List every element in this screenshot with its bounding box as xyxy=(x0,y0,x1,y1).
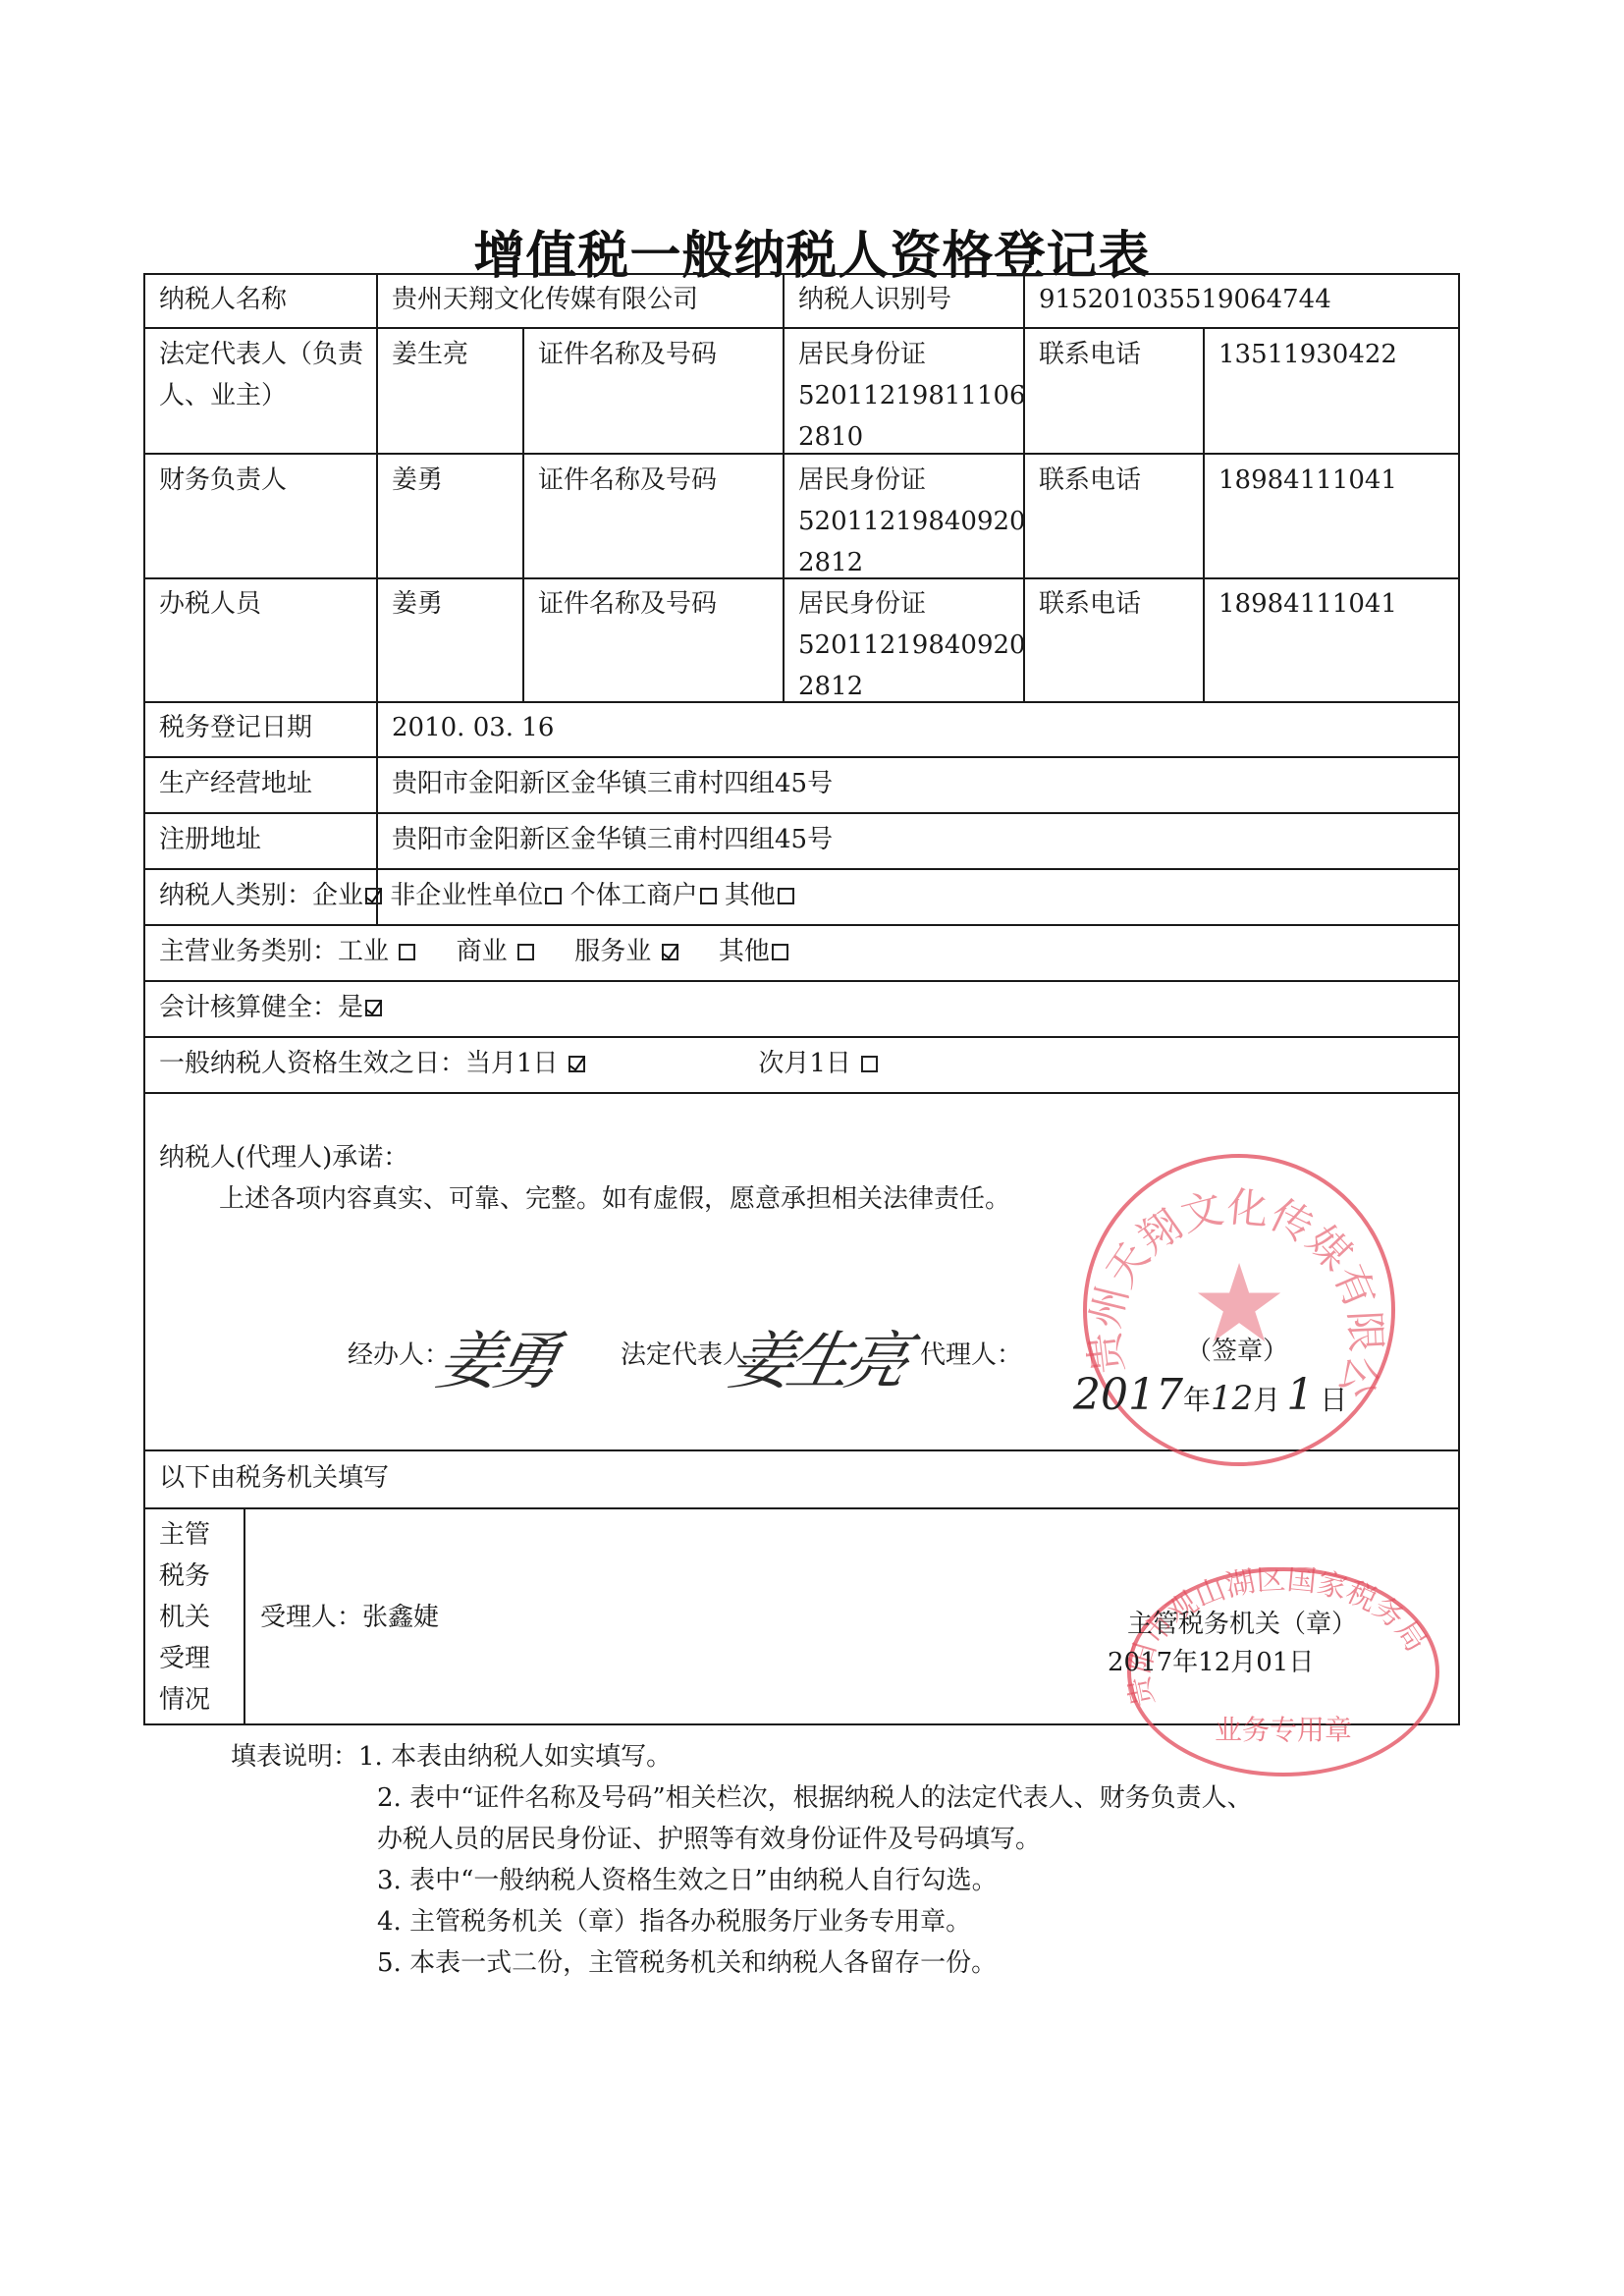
business-address-label: 生产经营地址 xyxy=(159,763,312,804)
accounting-row: 会计核算健全：是 xyxy=(159,987,382,1028)
instructions: 填表说明：1. 本表由纳税人如实填写。 2. 表中“证件名称及号码”相关栏次，根… xyxy=(231,1736,1253,1984)
business-type-label: 主营业务类别： xyxy=(159,937,338,966)
row-divider xyxy=(145,327,1458,329)
option-label: 其他 xyxy=(725,881,776,910)
legal-rep-name: 姜生亮 xyxy=(392,334,468,375)
legal-rep-doc-number: 52011219811106 xyxy=(798,375,1026,416)
col-divider xyxy=(376,275,378,924)
instruction-item: 4. 主管税务机关（章）指各办税服务厅业务专用章。 xyxy=(231,1901,1253,1942)
taxpayer-id-value: 915201035519064744 xyxy=(1039,279,1331,320)
checkbox-enterprise[interactable] xyxy=(365,888,382,904)
row-divider xyxy=(145,1036,1458,1038)
finance-head-doc-type: 居民身份证 xyxy=(798,460,926,501)
handwritten-month: 12 xyxy=(1211,1379,1253,1418)
registered-address-value: 贵阳市金阳新区金华镇三甫村四组45号 xyxy=(392,819,833,860)
col-divider xyxy=(244,1507,245,1725)
receiver-label: 受理人： xyxy=(260,1603,362,1632)
accounting-label: 会计核算健全： xyxy=(159,993,338,1022)
commitment-text: 上述各项内容真实、可靠、完整。如有虚假，愿意承担相关法律责任。 xyxy=(219,1178,1010,1220)
year-char: 年 xyxy=(1183,1384,1211,1416)
handwritten-date: 2017年12月1日 xyxy=(1073,1370,1347,1429)
instruction-item: 3. 表中“一般纳税人资格生效之日”由纳税人自行勾选。 xyxy=(231,1860,1253,1901)
option-label: 其他 xyxy=(719,937,770,966)
tax-office-date: 2017年12月01日 xyxy=(1108,1642,1314,1683)
finance-head-doc-number: 52011219840920 xyxy=(798,501,1026,542)
taxpayer-type-label: 纳税人类别： xyxy=(159,881,312,910)
col-divider xyxy=(1203,327,1205,701)
side-label-line: 主管 xyxy=(159,1514,238,1556)
side-label-line: 受理 xyxy=(159,1638,238,1679)
finance-head-doc-label: 证件名称及号码 xyxy=(538,460,717,501)
handler-signature: 姜勇 xyxy=(430,1311,564,1401)
day-char: 日 xyxy=(1320,1384,1347,1416)
instruction-item: 5. 本表一式二份，主管税务机关和纳税人各留存一份。 xyxy=(231,1942,1253,1984)
receiver-row: 受理人：张鑫婕 xyxy=(260,1597,439,1638)
instruction-item: 办税人员的居民身份证、护照等有效身份证件及号码填写。 xyxy=(231,1819,1253,1860)
instructions-label: 填表说明： xyxy=(231,1742,358,1772)
checkbox-other-business[interactable] xyxy=(772,944,788,960)
row-divider xyxy=(145,924,1458,926)
taxpayer-name-label: 纳税人名称 xyxy=(159,279,287,320)
tax-office-header: 以下由税务机关填写 xyxy=(159,1457,389,1499)
reg-date-value: 2010. 03. 16 xyxy=(392,707,554,748)
handwritten-year: 2017 xyxy=(1073,1370,1183,1420)
checkbox-non-enterprise[interactable] xyxy=(545,888,562,904)
checkbox-next-month[interactable] xyxy=(861,1056,878,1072)
option-label: 次月1日 xyxy=(758,1049,851,1078)
receiver-name: 张鑫婕 xyxy=(362,1603,439,1632)
checkbox-individual-business[interactable] xyxy=(700,888,717,904)
business-type-row: 主营业务类别：工业 商业 服务业 其他 xyxy=(159,931,788,972)
taxpayer-id-label: 纳税人识别号 xyxy=(798,279,951,320)
tax-officer-phone-label: 联系电话 xyxy=(1039,583,1141,625)
tax-office-side-label: 主管 税务 机关 受理 情况 xyxy=(159,1514,238,1721)
registration-form: 纳税人名称 贵州天翔文化传媒有限公司 纳税人识别号 91520103551906… xyxy=(143,273,1460,1725)
tax-officer-doc-label: 证件名称及号码 xyxy=(538,583,717,625)
legal-rep-phone: 13511930422 xyxy=(1218,334,1397,375)
legal-rep-signature: 姜生亮 xyxy=(723,1311,913,1401)
agent-label: 代理人： xyxy=(920,1335,1022,1376)
handwritten-day: 1 xyxy=(1286,1370,1314,1420)
finance-head-phone: 18984111041 xyxy=(1218,460,1397,501)
effective-date-label: 一般纳税人资格生效之日： xyxy=(159,1049,465,1078)
option-label: 工业 xyxy=(338,937,389,966)
option-label: 企业 xyxy=(312,881,363,910)
side-label-line: 机关 xyxy=(159,1597,238,1638)
option-label: 服务业 xyxy=(574,937,651,966)
tax-officer-phone: 18984111041 xyxy=(1218,583,1397,625)
finance-head-role: 财务负责人 xyxy=(159,460,287,501)
side-label-line: 税务 xyxy=(159,1556,238,1597)
legal-rep-doc-number-cont: 2810 xyxy=(798,416,863,458)
instruction-item: 1. 本表由纳税人如实填写。 xyxy=(358,1742,672,1772)
option-label: 个体工商户 xyxy=(570,881,698,910)
reg-date-label: 税务登记日期 xyxy=(159,707,312,748)
checkbox-industry[interactable] xyxy=(399,944,415,960)
checkbox-other-type[interactable] xyxy=(778,888,794,904)
taxpayer-name-value: 贵州天翔文化传媒有限公司 xyxy=(392,279,698,320)
tax-officer-doc-number-cont: 2812 xyxy=(798,666,863,707)
legal-rep-doc-label: 证件名称及号码 xyxy=(538,334,717,375)
instruction-line: 填表说明：1. 本表由纳税人如实填写。 xyxy=(231,1736,1253,1777)
finance-head-phone-label: 联系电话 xyxy=(1039,460,1141,501)
tax-officer-doc-type: 居民身份证 xyxy=(798,583,926,625)
tax-officer-role: 办税人员 xyxy=(159,583,261,625)
registered-address-label: 注册地址 xyxy=(159,819,261,860)
checkbox-services[interactable] xyxy=(662,944,678,960)
option-label: 非企业性单位 xyxy=(390,881,543,910)
checkbox-current-month[interactable] xyxy=(568,1056,585,1072)
option-label: 是 xyxy=(338,993,363,1022)
option-label: 当月1日 xyxy=(465,1049,559,1078)
row-divider xyxy=(145,1507,1458,1509)
row-divider xyxy=(145,812,1458,814)
taxpayer-type-row: 纳税人类别：企业 非企业性单位 个体工商户 其他 xyxy=(159,875,794,916)
legal-rep-doc-type: 居民身份证 xyxy=(798,334,926,375)
handler-label: 经办人： xyxy=(348,1335,450,1376)
checkbox-commerce[interactable] xyxy=(517,944,534,960)
row-divider xyxy=(145,756,1458,758)
checkbox-accounting-yes[interactable] xyxy=(365,1000,382,1016)
commitment-heading: 纳税人(代理人)承诺： xyxy=(159,1137,408,1178)
legal-rep-role: 法定代表人（负责人、业主） xyxy=(159,334,370,416)
col-divider xyxy=(783,275,785,701)
row-divider xyxy=(145,1092,1458,1094)
legal-rep-phone-label: 联系电话 xyxy=(1039,334,1141,375)
seal-label: （签章） xyxy=(1186,1331,1288,1372)
effective-date-row: 一般纳税人资格生效之日：当月1日 次月1日 xyxy=(159,1043,878,1084)
row-divider xyxy=(145,980,1458,982)
finance-head-doc-number-cont: 2812 xyxy=(798,542,863,583)
tax-officer-doc-number: 52011219840920 xyxy=(798,625,1026,666)
finance-head-name: 姜勇 xyxy=(392,460,443,501)
business-address-value: 贵阳市金阳新区金华镇三甫村四组45号 xyxy=(392,763,833,804)
tax-officer-name: 姜勇 xyxy=(392,583,443,625)
option-label: 商业 xyxy=(457,937,508,966)
row-divider xyxy=(145,868,1458,870)
month-char: 月 xyxy=(1253,1384,1280,1416)
tax-office-seal-label: 主管税务机关（章） xyxy=(1127,1604,1357,1645)
col-divider xyxy=(522,327,524,701)
side-label-line: 情况 xyxy=(159,1679,238,1721)
instruction-item: 2. 表中“证件名称及号码”相关栏次，根据纳税人的法定代表人、财务负责人、 xyxy=(231,1777,1253,1819)
